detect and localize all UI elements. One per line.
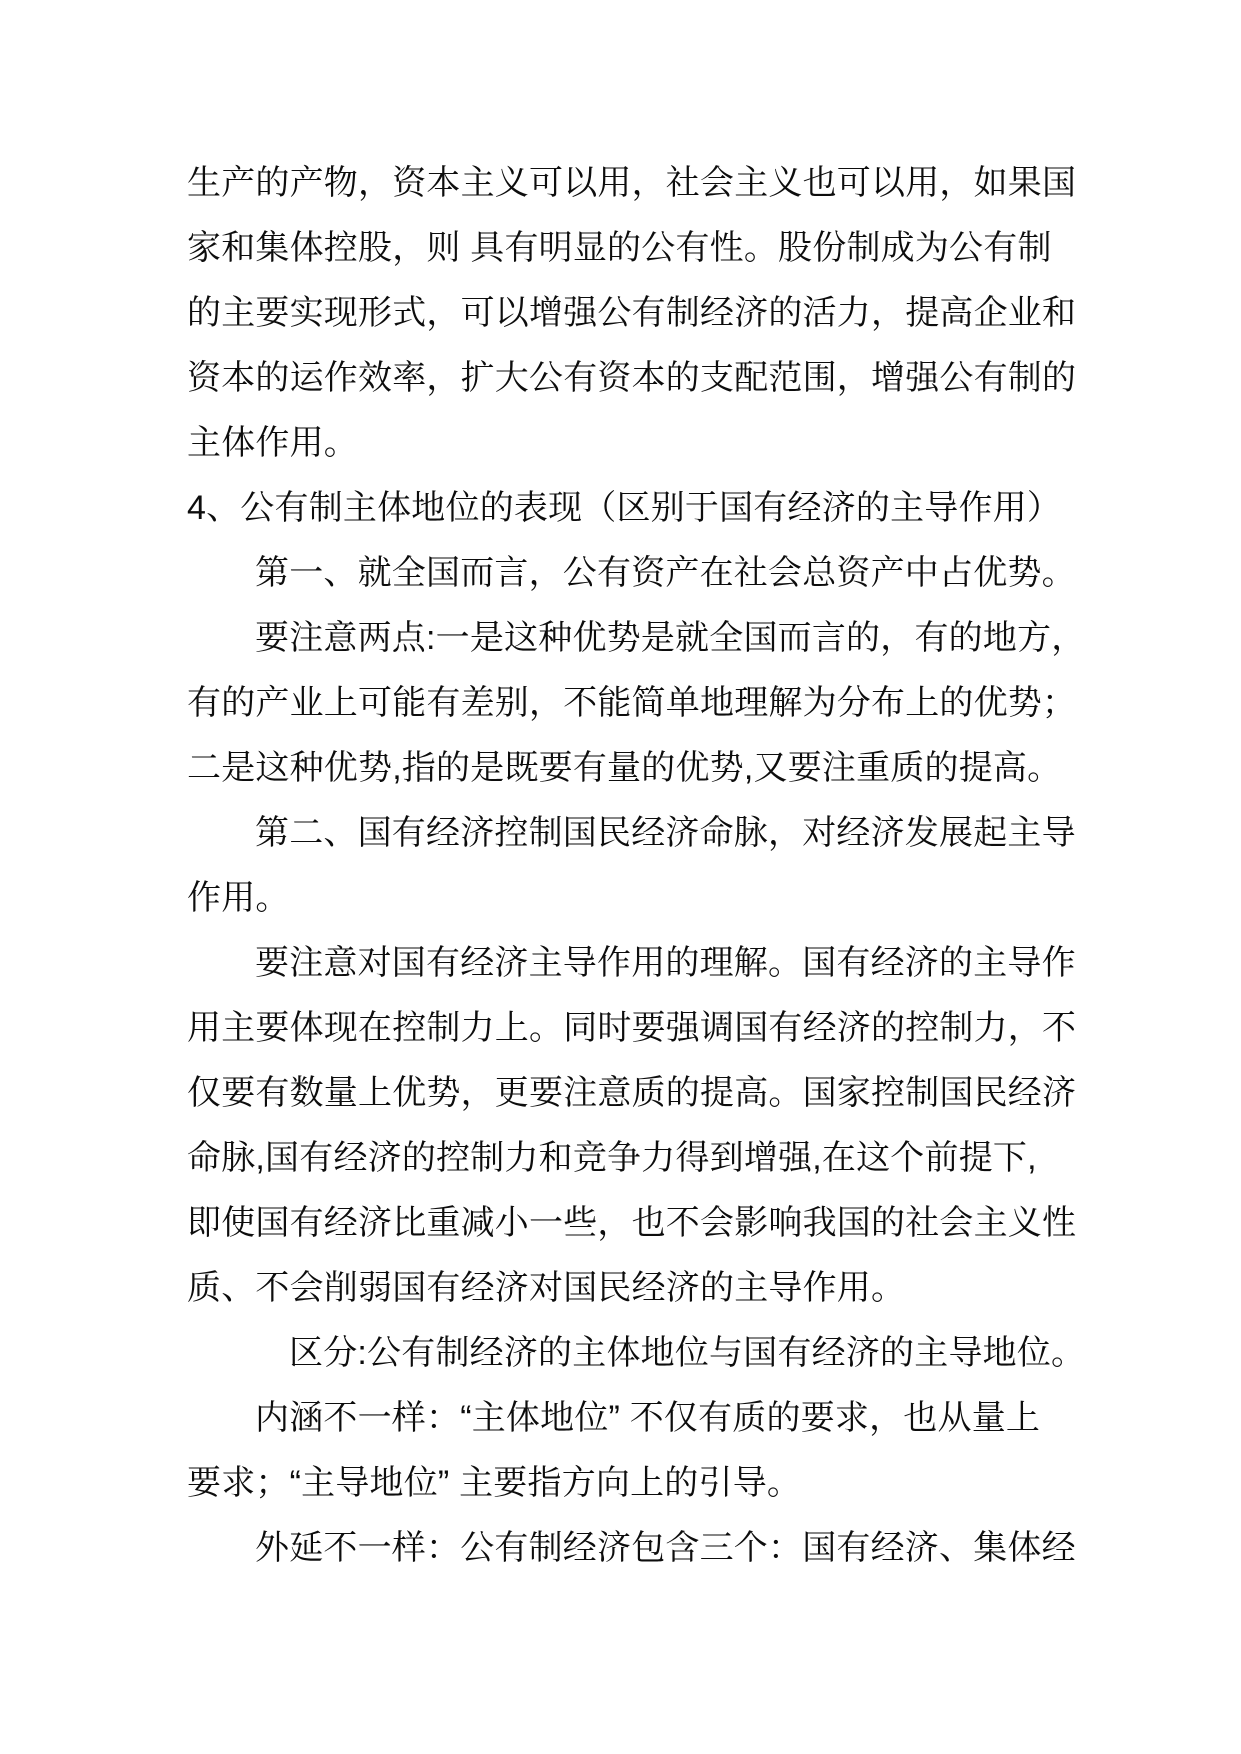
text-line-15: 仅要有数量上优势，更要注意质的提高。国家控制国民经济 bbox=[187, 1061, 1092, 1126]
document-page: { "doc": { "language": "zh-CN", "text_co… bbox=[0, 0, 1241, 1754]
text-line-17: 即使国有经济比重减小一些，也不会影响我国的社会主义性 bbox=[187, 1191, 1092, 1256]
text-line-20: 内涵不一样：“主体地位” 不仅有质的要求，也从量上 bbox=[187, 1386, 1092, 1451]
text-page: 生产的产物，资本主义可以用，社会主义也可以用，如果国 家和集体控股，则 具有明显… bbox=[187, 151, 1092, 1581]
text-line-8: 要注意两点:一是这种优势是就全国而言的，有的地方， bbox=[187, 606, 1092, 671]
text-line-19: 区分:公有制经济的主体地位与国有经济的主导地位。 bbox=[187, 1321, 1092, 1386]
text-line-16: 命脉,国有经济的控制力和竞争力得到增强,在这个前提下, bbox=[187, 1126, 1092, 1191]
text-line-5: 主体作用。 bbox=[187, 411, 1092, 476]
text-line-9: 有的产业上可能有差别，不能简单地理解为分布上的优势； bbox=[187, 671, 1092, 736]
text-line-3: 的主要实现形式，可以增强公有制经济的活力，提高企业和 bbox=[187, 281, 1092, 346]
text-line-1: 生产的产物，资本主义可以用，社会主义也可以用，如果国 bbox=[187, 151, 1092, 216]
text-line-2: 家和集体控股，则 具有明显的公有性。股份制成为公有制 bbox=[187, 216, 1092, 281]
text-line-4: 资本的运作效率，扩大公有资本的支配范围，增强公有制的 bbox=[187, 346, 1092, 411]
text-line-13: 要注意对国有经济主导作用的理解。国有经济的主导作 bbox=[187, 931, 1092, 996]
text-line-18: 质、不会削弱国有经济对国民经济的主导作用。 bbox=[187, 1256, 1092, 1321]
text-line-12: 作用。 bbox=[187, 866, 1092, 931]
text-line-21: 要求；“主导地位” 主要指方向上的引导。 bbox=[187, 1451, 1092, 1516]
text-line-10: 二是这种优势,指的是既要有量的优势,又要注重质的提高。 bbox=[187, 736, 1092, 801]
text-line-22: 外延不一样：公有制经济包含三个：国有经济、集体经 bbox=[187, 1516, 1092, 1581]
text-line-7: 第一、就全国而言，公有资产在社会总资产中占优势。 bbox=[187, 541, 1092, 606]
heading-line-section-4: 4、公有制主体地位的表现（区别于国有经济的主导作用） bbox=[187, 476, 1092, 541]
text-line-14: 用主要体现在控制力上。同时要强调国有经济的控制力，不 bbox=[187, 996, 1092, 1061]
text-line-11: 第二、国有经济控制国民经济命脉，对经济发展起主导 bbox=[187, 801, 1092, 866]
